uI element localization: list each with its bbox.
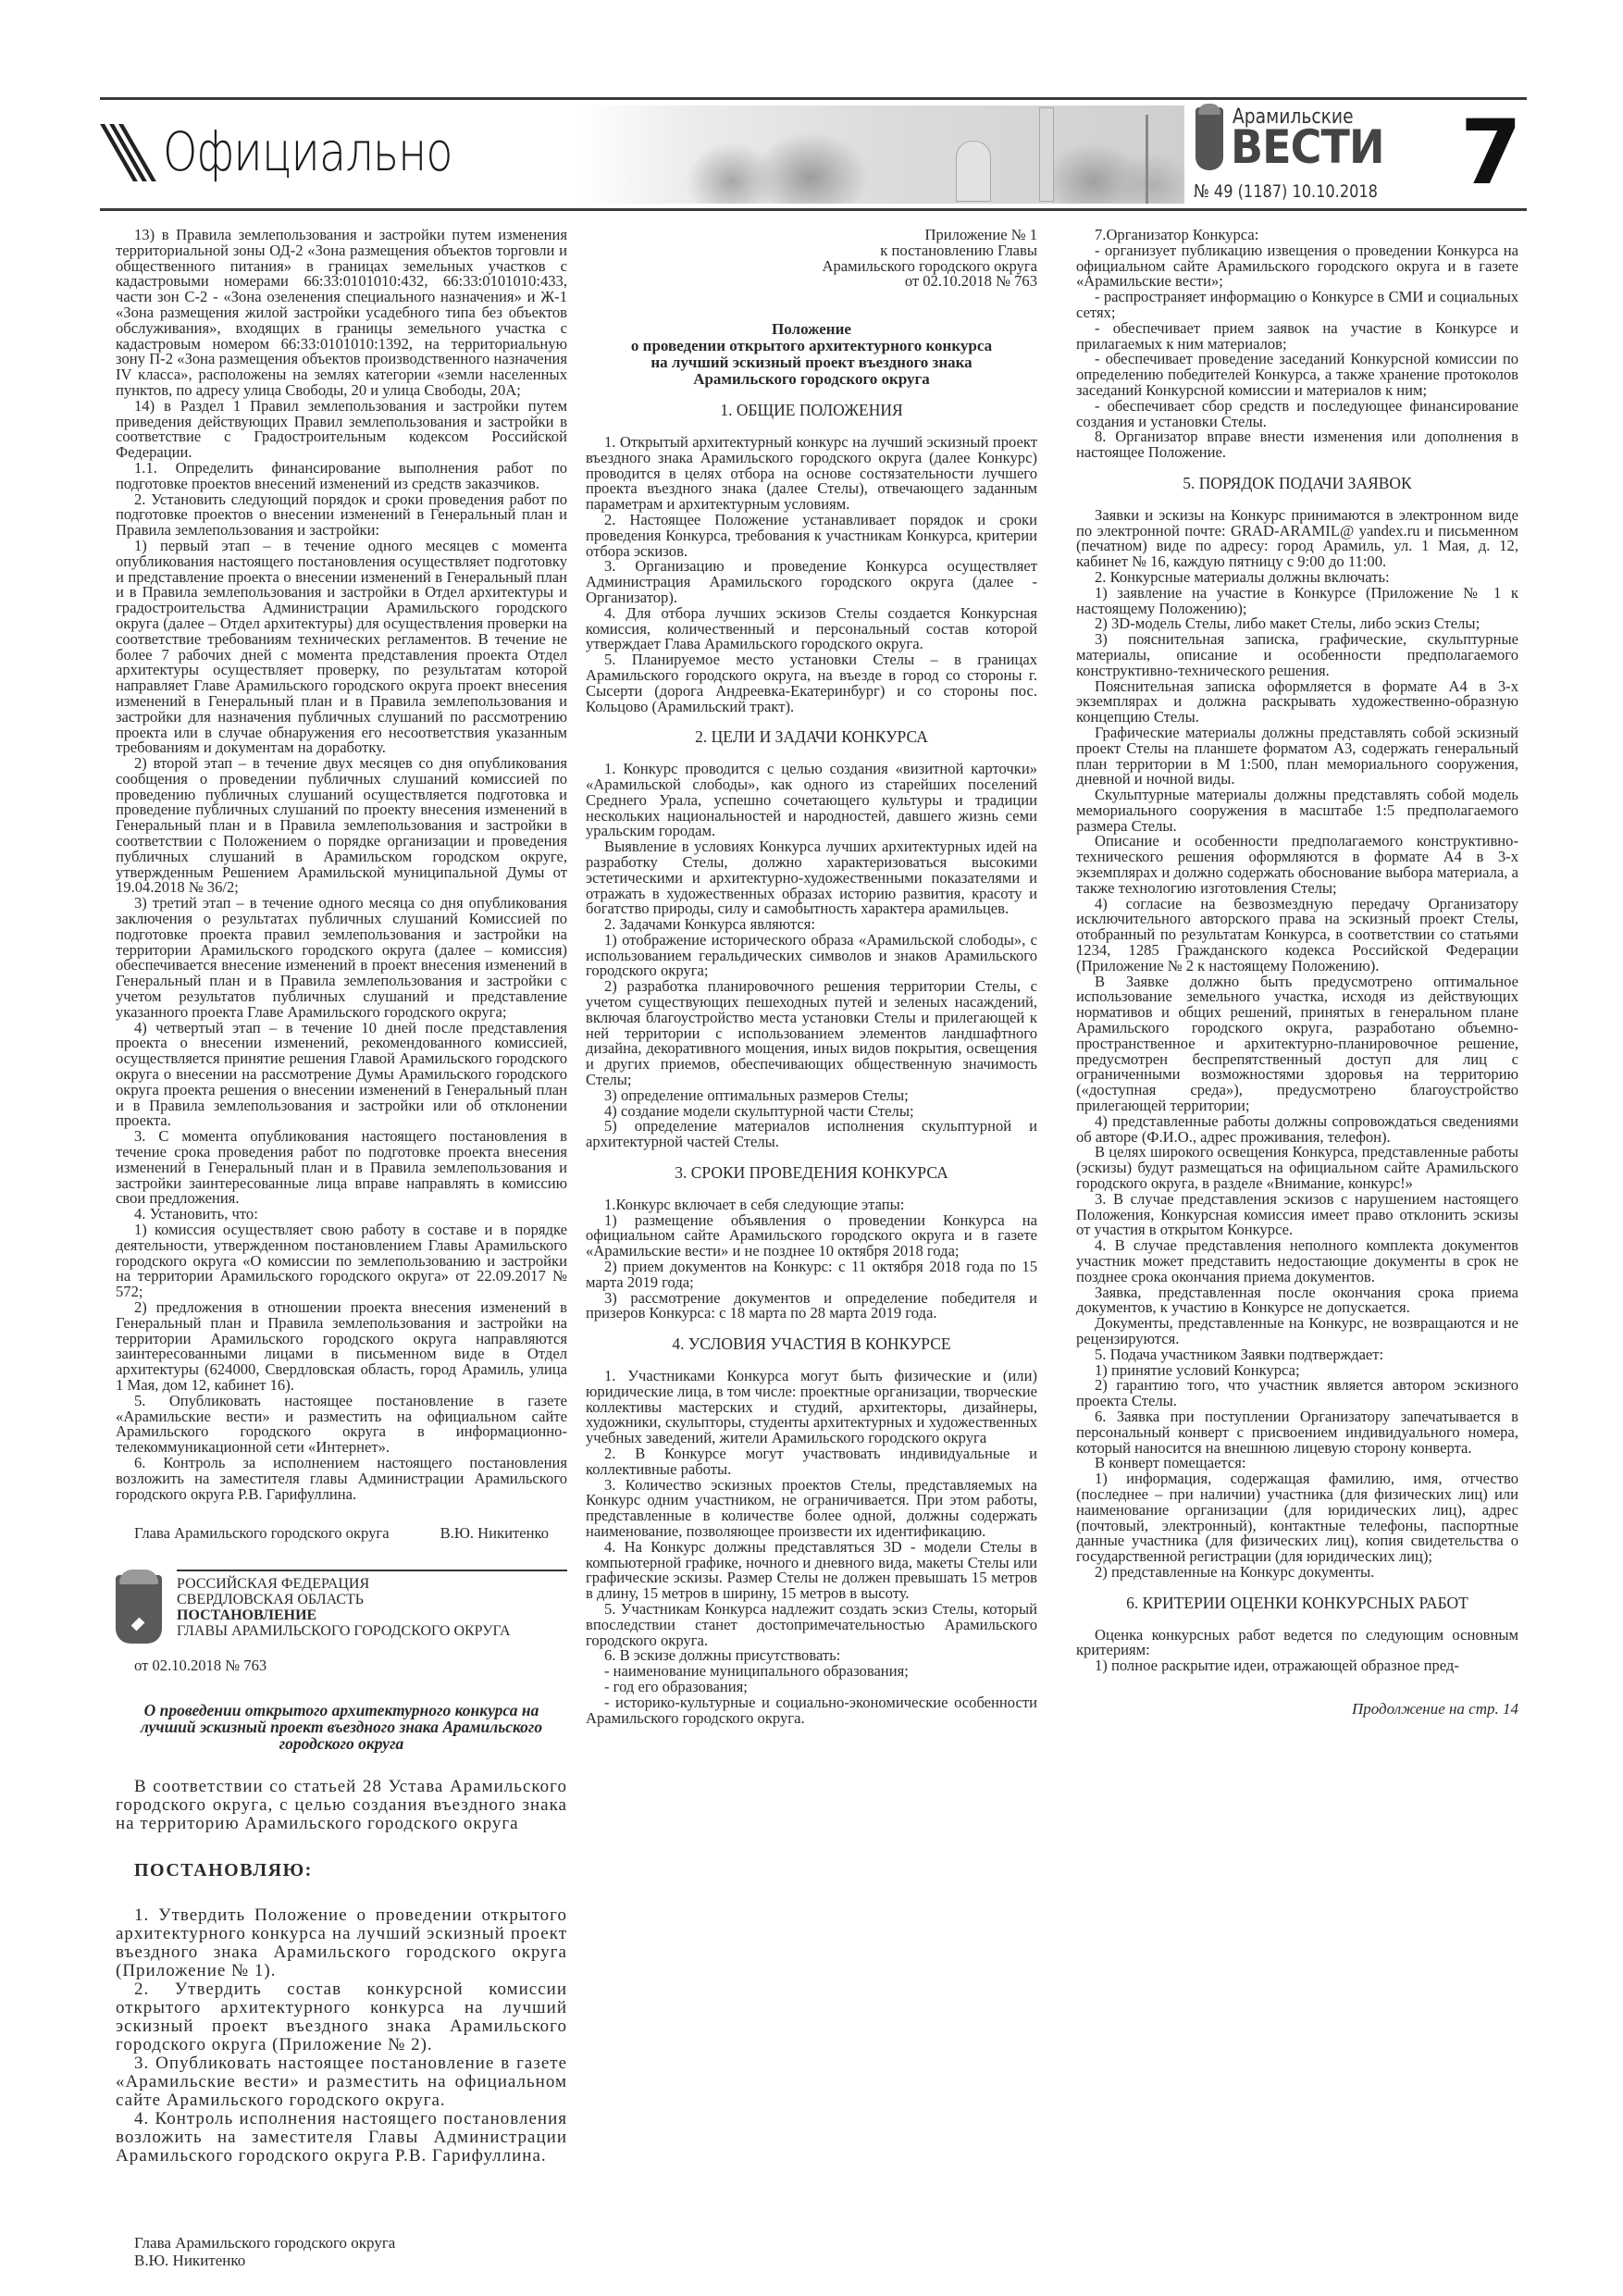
section-heading: 5. ПОРЯДОК ПОДАЧИ ЗАЯВОК bbox=[1076, 476, 1518, 491]
regulation-title: о проведении открытого архитектурного ко… bbox=[586, 338, 1037, 354]
signature-position: Глава Арамильского городского округа bbox=[134, 1526, 390, 1542]
signature-block: Глава Арамильского городского округа В.Ю… bbox=[116, 2234, 567, 2269]
paper-name-main: ВЕСТИ bbox=[1231, 120, 1384, 174]
paragraph: 2) разработка планировочного решения тер… bbox=[586, 979, 1037, 1088]
decree-item: 1. Утвердить Положение о проведении откр… bbox=[116, 1906, 567, 1980]
region-line: СВЕРДЛОВСКАЯ ОБЛАСТЬ bbox=[177, 1593, 511, 1608]
paragraph: 1) заявление на участие в Конкурсе (Прил… bbox=[1076, 586, 1518, 617]
triple-slash-icon bbox=[109, 124, 150, 180]
paragraph: 3) рассмотрение документов и определение… bbox=[586, 1291, 1037, 1322]
list-item: - организует публикацию извещения о пров… bbox=[1076, 243, 1518, 290]
section-title: Официально bbox=[109, 120, 515, 183]
paragraph: 3. С момента опубликования настоящего по… bbox=[116, 1129, 567, 1207]
paragraph: 2) предложения в отношении проекта внесе… bbox=[116, 1300, 567, 1394]
paragraph: 2) прием документов на Конкурс: с 11 окт… bbox=[586, 1260, 1037, 1291]
column-3: 7.Организатор Конкурса: - организует пуб… bbox=[1076, 228, 1518, 1718]
top-rule bbox=[100, 97, 1527, 100]
decree-title: О проведении открытого архитектурного ко… bbox=[116, 1702, 567, 1752]
issuer-line: ГЛАВЫ АРАМИЛЬСКОГО ГОРОДСКОГО ОКРУГА bbox=[177, 1624, 511, 1640]
country-line: РОССИЙСКАЯ ФЕДЕРАЦИЯ bbox=[177, 1577, 511, 1593]
paragraph: 2. В Конкурсе могут участвовать индивиду… bbox=[586, 1446, 1037, 1478]
paragraph: Заявка, представленная после окончания с… bbox=[1076, 1285, 1518, 1317]
signature-position: Глава Арамильского городского округа bbox=[134, 2234, 567, 2252]
paragraph: 2) представленные на Конкурс документы. bbox=[1076, 1565, 1518, 1581]
paragraph: Скульптурные материалы должны представля… bbox=[1076, 788, 1518, 834]
list-item: - обеспечивает проведение заседаний Конк… bbox=[1076, 352, 1518, 398]
paragraph: 4) согласие на безвозмездную передачу Ор… bbox=[1076, 897, 1518, 974]
paragraph: 14) в Раздел 1 Правил землепользования и… bbox=[116, 399, 567, 461]
paragraph: Оценка конкурсных работ ведется по следу… bbox=[1076, 1628, 1518, 1659]
preamble: В соответствии со статьей 28 Устава Арам… bbox=[116, 1778, 567, 1833]
paragraph: 8. Организатор вправе внести изменения и… bbox=[1076, 429, 1518, 461]
list-item: - распространяет информацию о Конкурсе в… bbox=[1076, 290, 1518, 321]
paragraph: 5. Участникам Конкурса надлежит создать … bbox=[586, 1602, 1037, 1648]
section-title-text: Официально bbox=[163, 120, 452, 183]
paragraph: Описание и особенности предполагаемого к… bbox=[1076, 834, 1518, 896]
paragraph: 2. Установить следующий порядок и сроки … bbox=[116, 492, 567, 539]
decree-word: ПОСТАНОВЛЯЮ: bbox=[134, 1863, 567, 1879]
paragraph: 3. Организацию и проведение Конкурса осу… bbox=[586, 559, 1037, 605]
paragraph: 4. Для отбора лучших эскизов Стелы созда… bbox=[586, 606, 1037, 652]
decree-item: 2. Утвердить состав конкурсной комиссии … bbox=[116, 1980, 567, 2054]
paragraph: 5. Опубликовать настоящее постановление … bbox=[116, 1394, 567, 1456]
paragraph: Заявки и эскизы на Конкурс принимаются в… bbox=[1076, 508, 1518, 570]
decree-header-rule bbox=[177, 1570, 567, 1571]
page-header: Официально Арамильские ВЕСТИ № 49 (1187)… bbox=[100, 102, 1527, 207]
paragraph: 1) первый этап – в течение одного месяце… bbox=[116, 539, 567, 756]
appendix-line: от 02.10.2018 № 763 bbox=[586, 274, 1037, 290]
decree-date-number: от 02.10.2018 № 763 bbox=[116, 1658, 567, 1674]
list-item: - обеспечивает прием заявок на участие в… bbox=[1076, 321, 1518, 353]
list-item: - историко-культурные и социально-эконом… bbox=[586, 1695, 1037, 1727]
decree-item: 3. Опубликовать настоящее постановление … bbox=[116, 2054, 567, 2110]
paragraph: 3) третий этап – в течение одного месяца… bbox=[116, 896, 567, 1020]
paragraph: В Заявке должно быть предусмотрено оптим… bbox=[1076, 974, 1518, 1114]
regulation-title: на лучший эскизный проект въездного знак… bbox=[586, 354, 1037, 371]
paragraph: Пояснительная записка оформляется в форм… bbox=[1076, 679, 1518, 726]
paragraph: 5. Планируемое место установки Стелы – в… bbox=[586, 652, 1037, 714]
paragraph: 4) четвертый этап – в течение 10 дней по… bbox=[116, 1021, 567, 1130]
column-2: Приложение № 1 к постановлению Главы Ара… bbox=[586, 228, 1037, 1726]
paragraph: 1) размещение объявления о проведении Ко… bbox=[586, 1213, 1037, 1260]
coat-of-arms-icon bbox=[1196, 107, 1223, 170]
paragraph: 1) информация, содержащая фамилию, имя, … bbox=[1076, 1471, 1518, 1565]
doc-type-line: ПОСТАНОВЛЕНИЕ bbox=[177, 1608, 511, 1624]
paragraph: Документы, представленные на Конкурс, не… bbox=[1076, 1316, 1518, 1347]
section-heading: 2. ЦЕЛИ И ЗАДАЧИ КОНКУРСА bbox=[586, 729, 1037, 745]
paragraph: 4) представленные работы должны сопровож… bbox=[1076, 1114, 1518, 1146]
paragraph: 5) определение материалов исполнения ску… bbox=[586, 1119, 1037, 1150]
paragraph: 1) полное раскрытие идеи, отражающей обр… bbox=[1076, 1658, 1518, 1674]
signature-line: Глава Арамильского городского округа В.Ю… bbox=[116, 1526, 567, 1542]
paragraph: 4. На Конкурс должны представляться 3D -… bbox=[586, 1540, 1037, 1602]
paragraph: Выявление в условиях Конкурса лучших арх… bbox=[586, 839, 1037, 917]
header-bottom-rule bbox=[100, 208, 1527, 211]
paragraph: 2. Настоящее Положение устанавливает пор… bbox=[586, 513, 1037, 559]
paragraph: 3. В случае представления эскизов с нару… bbox=[1076, 1192, 1518, 1238]
section-heading: 1. ОБЩИЕ ПОЛОЖЕНИЯ bbox=[586, 403, 1037, 418]
paragraph: 1. Участниками Конкурса могут быть физич… bbox=[586, 1369, 1037, 1446]
paragraph: 1.1. Определить финансирование выполнени… bbox=[116, 461, 567, 492]
continued-on-page: Продолжение на стр. 14 bbox=[1076, 1702, 1518, 1718]
paragraph: 3. Количество эскизных проектов Стелы, п… bbox=[586, 1478, 1037, 1540]
paragraph: 1) отображение исторического образа «Ара… bbox=[586, 933, 1037, 979]
coat-of-arms-icon bbox=[116, 1575, 162, 1644]
paragraph: Графические материалы должны представлят… bbox=[1076, 726, 1518, 788]
issue-number: № 49 (1187) 10.10.2018 bbox=[1194, 181, 1378, 202]
paragraph: 6. Контроль за исполнением настоящего по… bbox=[116, 1456, 567, 1502]
paragraph: 1. Открытый архитектурный конкурс на луч… bbox=[586, 435, 1037, 513]
newspaper-masthead: Арамильские ВЕСТИ № 49 (1187) 10.10.2018 bbox=[1194, 102, 1462, 205]
section-heading: 4. УСЛОВИЯ УЧАСТИЯ В КОНКУРСЕ bbox=[586, 1336, 1037, 1352]
church-landscape-photo bbox=[581, 105, 1184, 204]
paragraph: 1) комиссия осуществляет свою работу в с… bbox=[116, 1222, 567, 1300]
column-1: 13) в Правила землепользования и застрой… bbox=[116, 228, 567, 2269]
section-heading: 3. СРОКИ ПРОВЕДЕНИЯ КОНКУРСА bbox=[586, 1165, 1037, 1181]
paragraph: 2) второй этап – в течение двух месяцев … bbox=[116, 756, 567, 896]
signature-name: В.Ю. Никитенко bbox=[134, 2252, 567, 2269]
paragraph: В целях широкого освещения Конкурса, пре… bbox=[1076, 1145, 1518, 1191]
paragraph: 6. Заявка при поступлении Организатору з… bbox=[1076, 1409, 1518, 1456]
decree-header: РОССИЙСКАЯ ФЕДЕРАЦИЯ СВЕРДЛОВСКАЯ ОБЛАСТ… bbox=[116, 1570, 567, 1653]
signature-name: В.Ю. Никитенко bbox=[440, 1526, 549, 1542]
section-heading: 6. КРИТЕРИИ ОЦЕНКИ КОНКУРСНЫХ РАБОТ bbox=[1076, 1595, 1518, 1611]
regulation-title: Арамильского городского округа bbox=[586, 371, 1037, 388]
decree-item: 4. Контроль исполнения настоящего постан… bbox=[116, 2110, 567, 2166]
page-number: 7 bbox=[1460, 102, 1522, 204]
regulation-title: Положение bbox=[586, 321, 1037, 338]
paragraph: 1. Конкурс проводится с целью создания «… bbox=[586, 762, 1037, 839]
list-item: - обеспечивает сбор средств и последующе… bbox=[1076, 399, 1518, 430]
paragraph: 2) гарантию того, что участник является … bbox=[1076, 1378, 1518, 1409]
paragraph: 13) в Правила землепользования и застрой… bbox=[116, 228, 567, 399]
paragraph: 4. В случае представления неполного комп… bbox=[1076, 1238, 1518, 1285]
paragraph: 3) пояснительная записка, графические, с… bbox=[1076, 632, 1518, 678]
